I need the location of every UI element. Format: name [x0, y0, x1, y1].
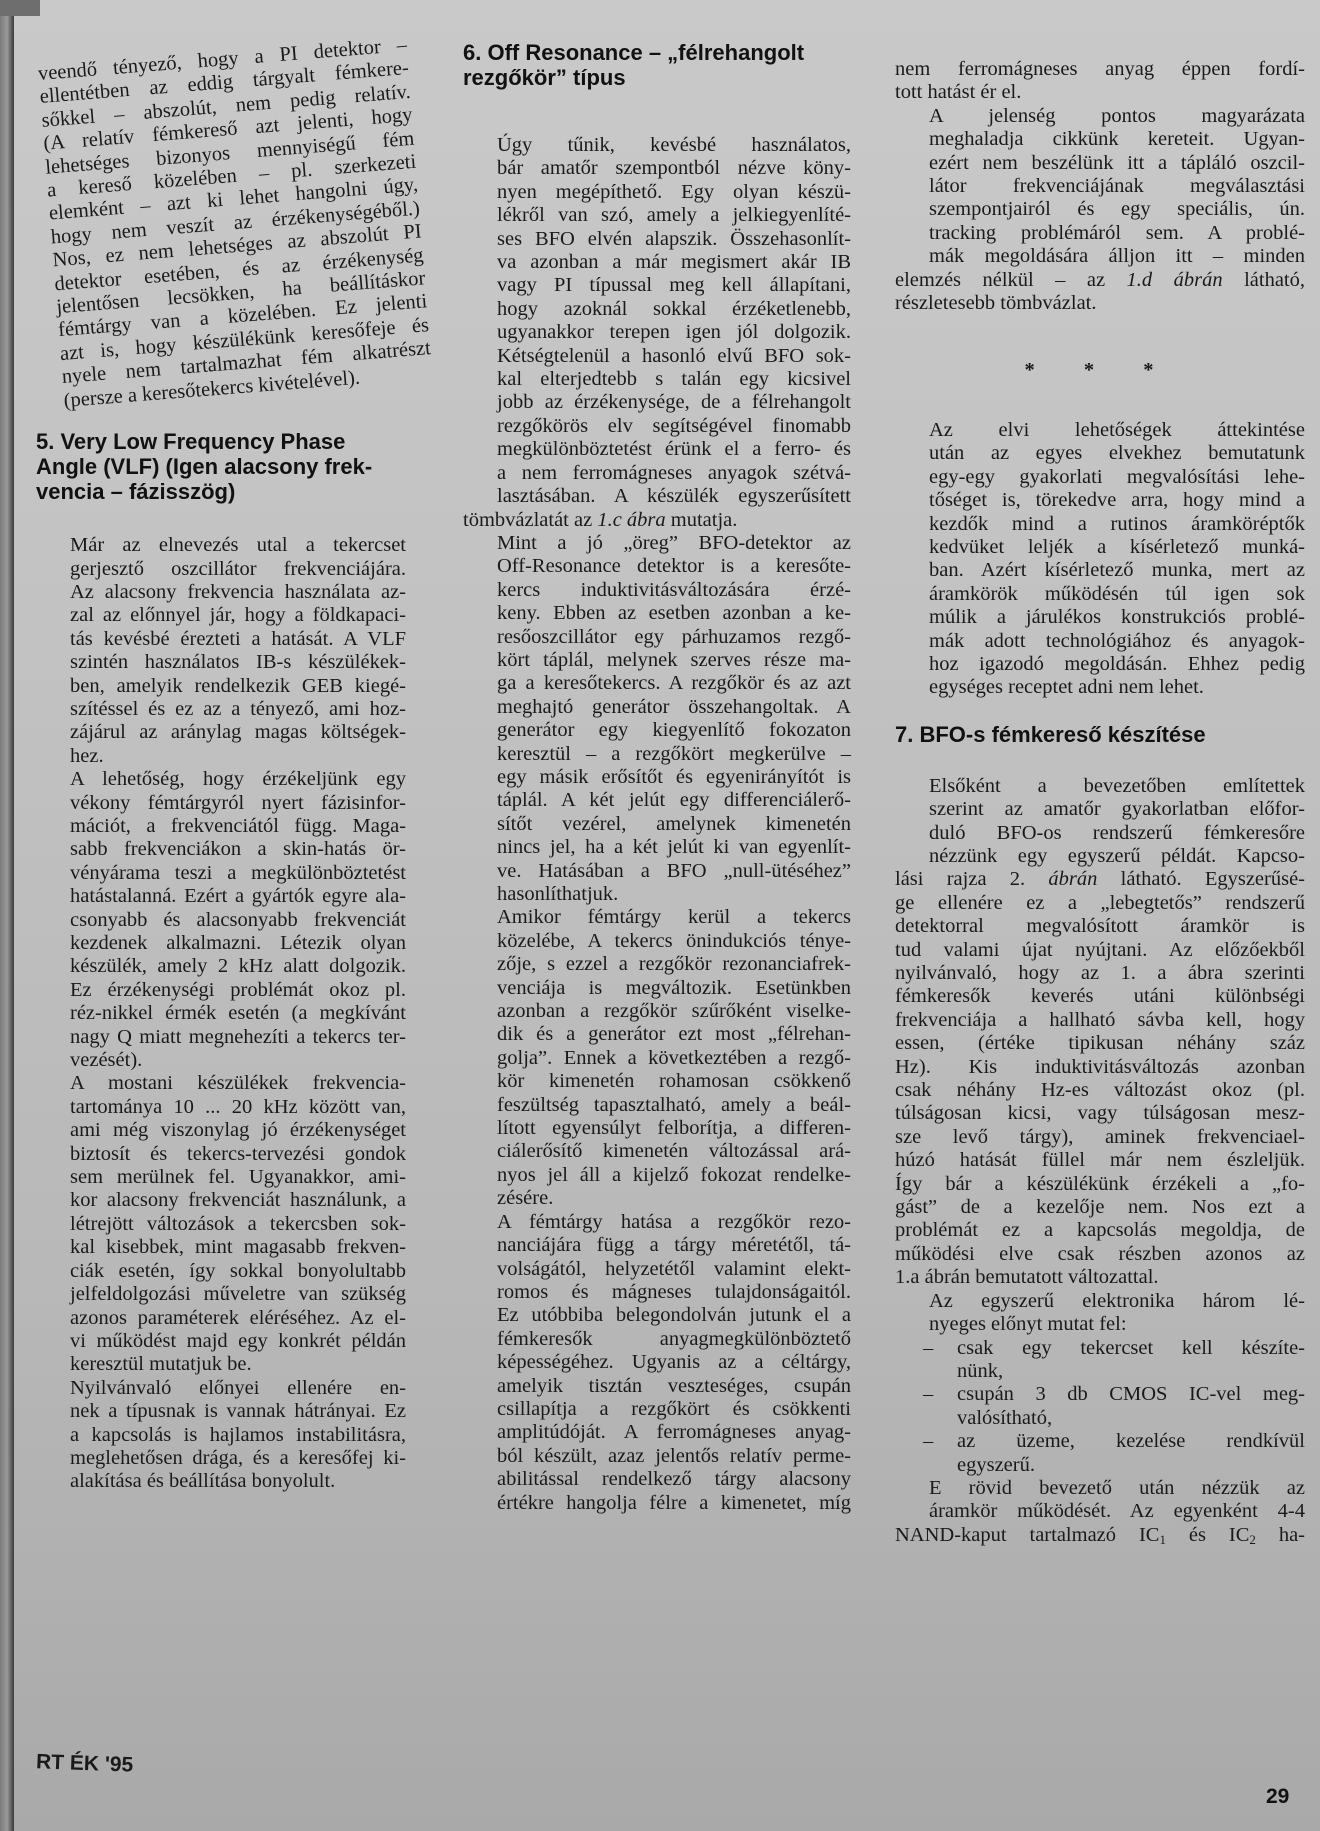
text-line: Angle (VLF) (Igen alacsony frek- — [36, 454, 406, 479]
text-line: egységes receptet adni nem lehet. — [895, 676, 1305, 699]
text-line: ugyanakkor terepen igen jól dolgozik. — [463, 321, 851, 344]
section-6-heading: 6. Off Resonance – „félrehangoltrezgőkör… — [463, 40, 851, 90]
text-line: létrejött változások a tekercsben sok- — [36, 1213, 406, 1236]
text-line: 1.a ábrán bemutatott változattal. — [895, 1266, 1305, 1289]
text: ha- — [1256, 1524, 1305, 1546]
text-line: Elsőként a bevezetőben említettek — [895, 775, 1305, 798]
text-line: múlik a járulékos konstrukciós problé- — [895, 606, 1305, 629]
text-line: egyszerű. — [957, 1454, 1305, 1477]
text-line: kezdők mind a rutinos áramköréptők — [895, 513, 1305, 536]
text-line: tartománya 10 ... 20 kHz között van, — [36, 1096, 406, 1119]
text-line: Ez utóbbiba belegondolván jutunk el a — [463, 1304, 851, 1327]
right-column: nem ferromágneses anyag éppen fordí-tott… — [895, 58, 1305, 1547]
text-line: valósítható, — [957, 1407, 1305, 1430]
text: elemzés nélkül – az — [895, 269, 1127, 291]
text-line: A mostani készülékek frekvencia- — [36, 1072, 406, 1095]
text-line: sem merülnek fel. Ugyanakkor, ami- — [36, 1166, 406, 1189]
paragraph-overview: Az elvi lehetőségek áttekintéseután az e… — [895, 419, 1305, 700]
text-line: Mint a jó „öreg” BFO-detektor az — [463, 532, 851, 555]
text-line: biztosít és tekercs-tervezési gondok — [36, 1143, 406, 1166]
left-column: veendő tényező, hogy a PI detektor –elle… — [36, 34, 406, 1494]
text-line: A fémtárgy hatása a rezgőkör rezo- — [463, 1211, 851, 1234]
text-line: képességéhez. Ugyanis az a céltárgy, — [463, 1351, 851, 1374]
text-line: nézzünk egy egyszerű példát. Kapcso- — [895, 845, 1305, 868]
heading-text: 7. BFO-s fémkereső készítése — [895, 722, 1305, 747]
text-line: hatástalanná. Ezért a gyártók egyre ala- — [36, 885, 406, 908]
text-line: Úgy tűnik, kevésbé használatos, — [463, 134, 851, 157]
text-line: alakítása és beállítása bonyolult. — [36, 1470, 406, 1493]
text-line: problémát ez a kapcsolás megoldja, de — [895, 1219, 1305, 1242]
text-line: jelfeldolgozási műveletre van szükség — [36, 1283, 406, 1306]
text-line: kal kisebbek, mint magasabb frekven- — [36, 1236, 406, 1259]
text-line: fémkeresők keverés utáni különbségi — [895, 985, 1305, 1008]
section-5-paragraph-3: A mostani készülékek frekvencia-tartomán… — [36, 1072, 406, 1376]
list-item: –csak egy tekercset kell készíte-nünk, — [895, 1337, 1305, 1384]
text-line: réz-nikkel érmék esetén (a megkívánt — [36, 1002, 406, 1025]
text-line: rezgőkör” típus — [463, 65, 851, 90]
section-5-heading: 5. Very Low Frequency PhaseAngle (VLF) (… — [36, 429, 406, 504]
text-line: után az egyes elvekhez bemutatunk — [895, 442, 1305, 465]
text-line: kör kimenetén rohamosan csökkenő — [463, 1070, 851, 1093]
text-line: 6. Off Resonance – „félrehangolt — [463, 40, 851, 65]
text-line: hogy azoknál sokkal érzéketlenebb, — [463, 298, 851, 321]
text-line: Kétségtelenül a hasonló elvű BFO sok- — [463, 345, 851, 368]
text-line: feszültség tapasztalható, amely a beál- — [463, 1094, 851, 1117]
text-line: kedvüket leljék a kísérletező munká- — [895, 536, 1305, 559]
section-6-paragraph-4: A fémtárgy hatása a rezgőkör rezo-nanciá… — [463, 1211, 851, 1515]
text-line: vi működést majd egy konkrét példán — [36, 1330, 406, 1353]
text-line: keny. Ebben az esetben azonban a ke- — [463, 602, 851, 625]
publication-label: RT ÉK '95 — [36, 1750, 134, 1777]
section-5-paragraph-4: Nyilvánvaló előnyei ellenére en-nek a tí… — [36, 1377, 406, 1494]
list-item: –az üzeme, kezelése rendkívülegyszerű. — [895, 1430, 1305, 1477]
text-line: amelyik tisztán veszteséges, csupán — [463, 1375, 851, 1398]
section-7-paragraph-2: Az egyszerű elektronika három lé-nyeges … — [895, 1290, 1305, 1337]
text-line: ses BFO elvén alapszik. Összehasonlít- — [463, 228, 851, 251]
continuation-paragraph: veendő tényező, hogy a PI detektor –elle… — [37, 34, 433, 413]
text-line: áramkörök működésén túl igen sok — [895, 583, 1305, 606]
text-line: kor alacsony frekvenciát használunk, a — [36, 1189, 406, 1212]
text-line: va azonban a már megismert akár IB — [463, 251, 851, 274]
text: NAND-kaput tartalmazó IC — [895, 1524, 1159, 1546]
text-line: szempontjairól és egy speciális, ún. — [895, 198, 1305, 221]
section-7-paragraph-3: E rövid bevezető után nézzük azáramkör m… — [895, 1477, 1305, 1524]
middle-column: 6. Off Resonance – „félrehangoltrezgőkör… — [463, 40, 851, 1515]
text-line: vagy PI típussal meg kell állapítani, — [463, 274, 851, 297]
text-line: abilitással rendelkező tárgy alacsony — [463, 1468, 851, 1491]
text-line: Hz). Kis induktivitásváltozás azonban — [895, 1056, 1305, 1079]
text-line: ge ellenére ez a „lebegtetős” rendszerű — [895, 892, 1305, 915]
text-line: ciák esetén, így sokkal bonyolultabb — [36, 1260, 406, 1283]
text-line: szintén használatos IB-s készülékek- — [36, 651, 406, 674]
text-line: bár amatőr szempontból nézve köny- — [463, 157, 851, 180]
section-6-paragraph-2: Mint a jó „öreg” BFO-detektor azOff-Reso… — [463, 532, 851, 907]
text-line: tőséget is, törekedve arra, hogy mind a — [895, 489, 1305, 512]
text: tömbvázlatát az — [463, 509, 597, 531]
paragraph-explanation: A jelenség pontos magyarázatameghaladja … — [895, 105, 1305, 269]
text: lási rajza 2. — [895, 868, 1048, 890]
text-line: Az egyszerű elektronika három lé- — [895, 1290, 1305, 1313]
figure-reference: ábrán — [1048, 868, 1097, 890]
text-line: mációt, a frekvenciától függ. Maga- — [36, 815, 406, 838]
ic-reference-line: NAND-kaput tartalmazó IC1 és IC2 ha- — [895, 1524, 1305, 1547]
dash-bullet-icon: – — [895, 1383, 957, 1430]
section-6-paragraph-1: Úgy tűnik, kevésbé használatos,bár amatő… — [463, 134, 851, 509]
text-line: nagy Q miatt megnehezíti a tekercs ter- — [36, 1026, 406, 1049]
list-item: –csupán 3 db CMOS IC-vel meg-valósítható… — [895, 1383, 1305, 1430]
text-line: szítéssel és ez az a tényező, ami hoz- — [36, 698, 406, 721]
text-line: ve. Hatásában a BFO „null-ütéséhez” — [463, 860, 851, 883]
text-line: kört táplál, melynek szerves része ma- — [463, 649, 851, 672]
figure-reference-line: tömbvázlatát az 1.c ábra mutatja. — [463, 509, 851, 532]
text-line: megkülönböztetést érünk el a ferro- és — [463, 438, 851, 461]
text-line: kezdenek alkalmazni. Létezik olyan — [36, 932, 406, 955]
text-line: az üzeme, kezelése rendkívül — [957, 1430, 1305, 1453]
text-line: generátor egy kiegyenlítő fokozaton — [463, 719, 851, 742]
text-line: áramkör működését. Az egyenként 4-4 — [895, 1500, 1305, 1523]
text-line: azonos paraméterek eléréséhez. Az el- — [36, 1307, 406, 1330]
figure-reference-line: lási rajza 2. ábrán látható. Egyszerűsé- — [895, 868, 1305, 891]
text-line: a kapcsolás is hajlamos instabilitásra, — [36, 1424, 406, 1447]
text-line: zője, s ezzel a rezgőkör rezonanciafrek- — [463, 953, 851, 976]
text-line: csak egy tekercset kell készíte- — [957, 1337, 1305, 1360]
text-line: lított egyensúlyt felborítja, a differen… — [463, 1117, 851, 1140]
text-line: értékre hangolja félre a kimenetet, míg — [463, 1492, 851, 1515]
text-line: vényárama teszi a megkülönböztetést — [36, 862, 406, 885]
list-item-text: csak egy tekercset kell készíte-nünk, — [957, 1337, 1305, 1384]
dash-bullet-icon: – — [895, 1337, 957, 1384]
text-line: gerjesztő oszcillátor frekvenciájára. — [36, 558, 406, 581]
text-line: lasztásában. A készülék egyszerűsített — [463, 485, 851, 508]
text-line: nyen megépíthető. Egy olyan készü- — [463, 181, 851, 204]
text-line: közelébe, A tekercs önindukciós ténye- — [463, 930, 851, 953]
text-line: ból készült, azaz jelentős relatív perme… — [463, 1445, 851, 1468]
text-line: volságától, helyzetétől valamint elekt- — [463, 1258, 851, 1281]
text-line: egy másik erősítőt és egyenirányítót is — [463, 766, 851, 789]
text-line: fémkeresők anyagmegkülönböztető — [463, 1328, 851, 1351]
text-line: rezgőkörös elv segítségével finomabb — [463, 415, 851, 438]
text-line: nyos jel áll a kijelző fokozat rendelke- — [463, 1164, 851, 1187]
text-line: duló BFO-os rendszerű fémkeresőre — [895, 822, 1305, 845]
text-line: vezését). — [36, 1049, 406, 1072]
continuation-paragraph: nem ferromágneses anyag éppen fordí-tott… — [895, 58, 1305, 105]
text-line: Off-Resonance detektor is a keresőte- — [463, 555, 851, 578]
text-line: vencia – fázisszög) — [36, 479, 406, 504]
text-line: azonban a rezgőkör szűrőként viselke- — [463, 1000, 851, 1023]
text-line: a nem ferromágneses anyagok szétvá- — [463, 462, 851, 485]
section-7-heading: 7. BFO-s fémkereső készítése — [895, 722, 1305, 747]
section-7-paragraph-1-cont: ge ellenére ez a „lebegtetős” rendszerűd… — [895, 892, 1305, 1290]
text-line: tracking problémáról sem. A problé- — [895, 222, 1305, 245]
text-line: kercs induktivitásváltozására érzé- — [463, 579, 851, 602]
figure-reference: 1.c ábra — [597, 509, 665, 531]
page-binding-shadow — [0, 0, 14, 1831]
text-line: frekvenciája a hallható sávba kell, hogy — [895, 1009, 1305, 1032]
text-line: ezért nem beszélünk itt a tápláló oszcil… — [895, 152, 1305, 175]
magazine-page: veendő tényező, hogy a PI detektor –elle… — [0, 0, 1320, 1831]
text-line: E rövid bevezető után nézzük az — [895, 1477, 1305, 1500]
text: látható. Egyszerűsé- — [1097, 868, 1305, 890]
figure-reference: 1.d ábrán — [1127, 269, 1223, 291]
text-line: keresztül mutatjuk be. — [36, 1353, 406, 1376]
text-line: mák megoldására álljon itt – minden — [895, 245, 1305, 268]
text-line: meglehetősen drága, és a keresőfej ki- — [36, 1447, 406, 1470]
text-line: ban. Azért kísérletező munka, mert az — [895, 559, 1305, 582]
text-line: ben, amelyik rendelkezik GEB kiegé- — [36, 675, 406, 698]
text-line: zájárul az aránylag magas költségek- — [36, 721, 406, 744]
text-line: nanciájára függ a tárgy méretétől, tá- — [463, 1234, 851, 1257]
text-line: essen, (értéke tipikusan néhány száz — [895, 1032, 1305, 1055]
text-line: Az elvi lehetőségek áttekintése — [895, 419, 1305, 442]
advantages-list: –csak egy tekercset kell készíte-nünk,–c… — [895, 1337, 1305, 1477]
text-line: ga a keresőtekercs. A rezgőkör és az azt — [463, 672, 851, 695]
text-line: működési elve csak részben azonos az — [895, 1243, 1305, 1266]
text-line: tott hatást ér el. — [895, 81, 1305, 104]
corner-shadow — [0, 0, 40, 16]
text-line: Nyilvánvaló előnyei ellenére en- — [36, 1377, 406, 1400]
text-line: vékony fémtárgyról nyert fázisinfor- — [36, 792, 406, 815]
text-line: nyeges előnyt mutat fel: — [895, 1313, 1305, 1336]
dash-bullet-icon: – — [895, 1430, 957, 1477]
text-line: dik és a generátor ezt most „félrehan- — [463, 1023, 851, 1046]
text: mutatja. — [666, 509, 738, 531]
text-line: meghajtó generátor összehangoltak. A — [463, 696, 851, 719]
text-line: Ez érzékenységi problémát okoz pl. — [36, 979, 406, 1002]
text-line: zal az előnnyel jár, hogy a földkapaci- — [36, 604, 406, 627]
section-6-paragraph-3: Amikor fémtárgy kerül a tekercsközelébe,… — [463, 906, 851, 1210]
section-5-paragraph-1: Már az elnevezés utal a tekercsetgerjesz… — [36, 534, 406, 768]
text-line: nincs jel, ha a két jelút ki van egyenlí… — [463, 836, 851, 859]
text-line: romos és mágneses tulajdonságaitól. — [463, 1281, 851, 1304]
text-line: Amikor fémtárgy kerül a tekercs — [463, 906, 851, 929]
text-line: detektorral megvalósított áramkör is — [895, 915, 1305, 938]
text-line: jobb az érzékenysége, de a félrehangolt — [463, 391, 851, 414]
section-5-paragraph-2: A lehetőség, hogy érzékeljünk egyvékony … — [36, 768, 406, 1072]
text-line: hasonlíthatjuk. — [463, 883, 851, 906]
section-separator: * * * — [895, 359, 1305, 382]
text-line: ami még viszonylag jó érzékenységet — [36, 1119, 406, 1142]
text-line: részletesebb tömbvázlat. — [895, 292, 1305, 315]
text-line: ciálerősítő kimenetén változással ará- — [463, 1140, 851, 1163]
text-line: nek a típusnak is vannak hátrányai. Ez — [36, 1400, 406, 1423]
text-line: sze levő tárgy), aminek frekvenciael- — [895, 1126, 1305, 1149]
text-line: túlságosan kicsi, vagy túlságosan mesz- — [895, 1102, 1305, 1125]
text: látható, — [1223, 269, 1305, 291]
text-line: csupán 3 db CMOS IC-vel meg- — [957, 1383, 1305, 1406]
text-line: sabb frekvenciákon a skin-hatás ör- — [36, 838, 406, 861]
text-line: gást” de a kezelője nem. Nos ezt a — [895, 1196, 1305, 1219]
text-line: kal elterjedtebb s talán egy kicsivel — [463, 368, 851, 391]
text-line: keresztül – a rezgőkört megkerülve – — [463, 743, 851, 766]
left-column-continuation: veendő tényező, hogy a PI detektor –elle… — [37, 34, 433, 413]
text-line: nyilvánvaló, hogy az 1. a ábra szerinti — [895, 962, 1305, 985]
text-line: csak néhány Hz-es változást okoz (pl. — [895, 1079, 1305, 1102]
text-line: táplál. A két jelút egy differenciálerő- — [463, 789, 851, 812]
text-line: Már az elnevezés utal a tekercset — [36, 534, 406, 557]
text-line: mák adott technológiához és anyagok- — [895, 630, 1305, 653]
text-line: meghaladja cikkünk kereteit. Ugyan- — [895, 128, 1305, 151]
text-line: csonyabb és alacsonyabb frekvenciát — [36, 909, 406, 932]
text: és IC — [1166, 1524, 1249, 1546]
text-line: lékről van szó, amely a jelkiegyenlíté- — [463, 204, 851, 227]
text-line: húzó hatását füllel már nem észleljük. — [895, 1149, 1305, 1172]
text-line: hez. — [36, 745, 406, 768]
page-number: 29 — [1266, 1785, 1289, 1809]
section-7-paragraph-1: Elsőként a bevezetőben említettekszerint… — [895, 775, 1305, 869]
text-line: 5. Very Low Frequency Phase — [36, 429, 406, 454]
text-line: Így bár a készülékünk érzékeli a „fo- — [895, 1173, 1305, 1196]
text-line: venciája is megváltozik. Esetünkben — [463, 977, 851, 1000]
text-line: tud valami újat nyújtani. Az előzőekből — [895, 939, 1305, 962]
text-line: szerint az amatőr gyakorlatban előfor- — [895, 798, 1305, 821]
text-line: A lehetőség, hogy érzékeljünk egy — [36, 768, 406, 791]
text-line: egy-egy gyakorlati megvalósítási lehe- — [895, 466, 1305, 489]
list-item-text: az üzeme, kezelése rendkívülegyszerű. — [957, 1430, 1305, 1477]
text-line: amplitúdóját. A ferromágneses anyag- — [463, 1421, 851, 1444]
text-line: készülék, amely 2 kHz alatt dolgozik. — [36, 955, 406, 978]
text-line: tás kevésbé érezteti a hatását. A VLF — [36, 628, 406, 651]
text-line: A jelenség pontos magyarázata — [895, 105, 1305, 128]
list-item-text: csupán 3 db CMOS IC-vel meg-valósítható, — [957, 1383, 1305, 1430]
text-line: csillapítja a rezgőkört és csökkenti — [463, 1398, 851, 1421]
text-line: hoz igazodó megoldásán. Ehhez pedig — [895, 653, 1305, 676]
text-line: sítőt vezérel, amelynek kimenetén — [463, 813, 851, 836]
text-line: nem ferromágneses anyag éppen fordí- — [895, 58, 1305, 81]
text-line: Az alacsony frekvencia használata az- — [36, 581, 406, 604]
figure-reference-line: elemzés nélkül – az 1.d ábrán látható, — [895, 269, 1305, 292]
text-line: zésére. — [463, 1187, 851, 1210]
text-line: golja”. Ennek a következtében a rezgő- — [463, 1047, 851, 1070]
text-line: nünk, — [957, 1360, 1305, 1383]
text-line: resőoszcillátor egy párhuzamos rezgő- — [463, 626, 851, 649]
text-line: látor frekvenciájának megválasztási — [895, 175, 1305, 198]
